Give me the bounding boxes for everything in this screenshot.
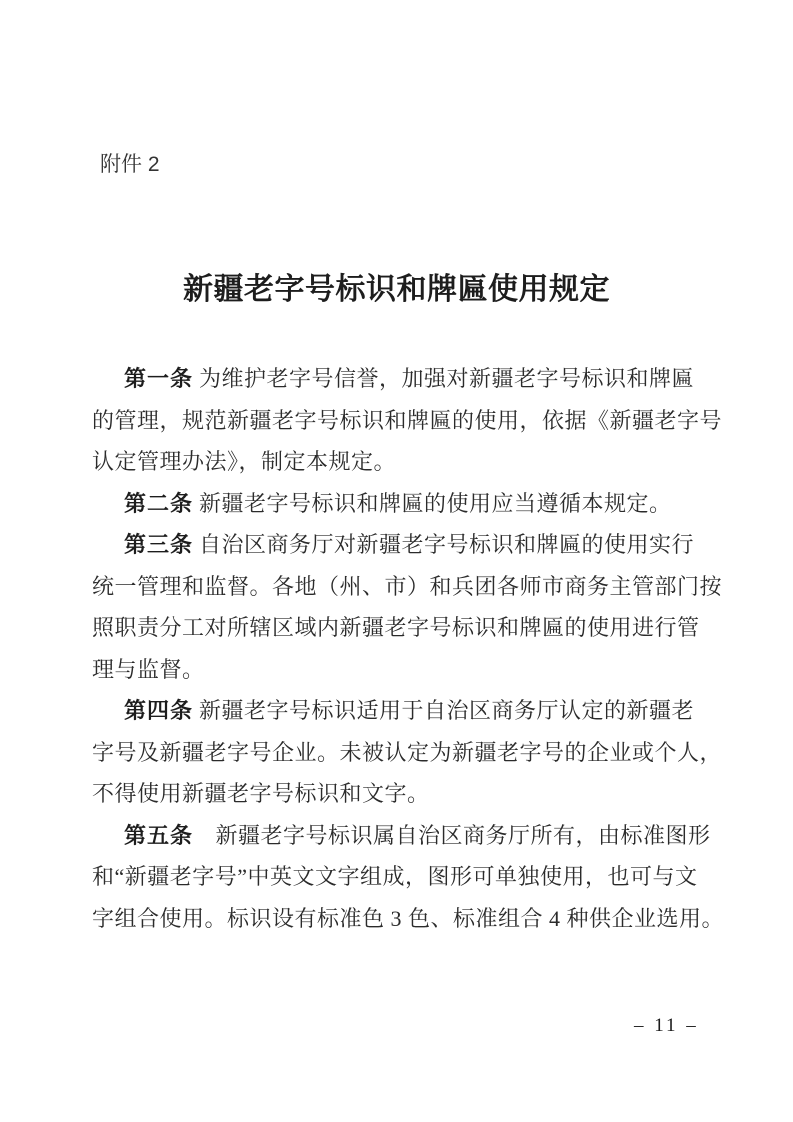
article-number: 第三条 bbox=[124, 532, 193, 557]
text-line: 第五条 新疆老字号标识属自治区商务厅所有，由标准图形 bbox=[92, 815, 706, 857]
line-text: 新疆老字号标识适用于自治区商务厅认定的新疆老 bbox=[193, 698, 694, 723]
text-line: 第二条 新疆老字号标识和牌匾的使用应当遵循本规定。 bbox=[92, 483, 706, 525]
page-number: – 11 – bbox=[634, 1014, 699, 1038]
text-line: 第一条 为维护老字号信誉，加强对新疆老字号标识和牌匾 bbox=[92, 358, 706, 400]
text-line: 第三条 自治区商务厅对新疆老字号标识和牌匾的使用实行 bbox=[92, 524, 706, 566]
text-line: 统一管理和监督。各地（州、市）和兵团各师市商务主管部门按 bbox=[92, 566, 706, 608]
line-text: 的管理，规范新疆老字号标识和牌匾的使用，依据《新疆老字号 bbox=[92, 408, 722, 433]
line-text: 统一管理和监督。各地（州、市）和兵团各师市商务主管部门按 bbox=[92, 574, 722, 599]
line-text: 新疆老字号标识属自治区商务厅所有，由标准图形 bbox=[193, 823, 711, 848]
article-number: 第一条 bbox=[124, 366, 193, 391]
line-text: 字组合使用。标识设有标准色 3 色、标准组合 4 种供企业选用。 bbox=[92, 906, 724, 931]
page-title: 新疆老字号标识和牌匾使用规定 bbox=[0, 268, 793, 312]
attachment-label: 附件 2 bbox=[100, 152, 160, 178]
line-text: 照职责分工对所辖区域内新疆老字号标识和牌匾的使用进行管 bbox=[92, 615, 700, 640]
line-text: 不得使用新疆老字号标识和文字。 bbox=[92, 781, 430, 806]
line-text: 为维护老字号信誉，加强对新疆老字号标识和牌匾 bbox=[193, 366, 694, 391]
document-body: 第一条 为维护老字号信誉，加强对新疆老字号标识和牌匾 的管理，规范新疆老字号标识… bbox=[92, 358, 706, 939]
text-line: 第四条 新疆老字号标识适用于自治区商务厅认定的新疆老 bbox=[92, 690, 706, 732]
text-line: 认定管理办法》，制定本规定。 bbox=[92, 441, 706, 483]
text-line: 的管理，规范新疆老字号标识和牌匾的使用，依据《新疆老字号 bbox=[92, 400, 706, 442]
document-page: 附件 2 新疆老字号标识和牌匾使用规定 第一条 为维护老字号信誉，加强对新疆老字… bbox=[0, 0, 793, 1122]
text-line: 理与监督。 bbox=[92, 649, 706, 691]
line-text: 新疆老字号标识和牌匾的使用应当遵循本规定。 bbox=[193, 491, 672, 516]
line-text: 自治区商务厅对新疆老字号标识和牌匾的使用实行 bbox=[193, 532, 694, 557]
line-text: 字号及新疆老字号企业。未被认定为新疆老字号的企业或个人， bbox=[92, 740, 722, 765]
text-line: 字号及新疆老字号企业。未被认定为新疆老字号的企业或个人， bbox=[92, 732, 706, 774]
article-number: 第二条 bbox=[124, 491, 193, 516]
line-text: 理与监督。 bbox=[92, 657, 205, 682]
article-number: 第五条 bbox=[124, 823, 193, 848]
article-number: 第四条 bbox=[124, 698, 193, 723]
text-line: 照职责分工对所辖区域内新疆老字号标识和牌匾的使用进行管 bbox=[92, 607, 706, 649]
line-text: 和“新疆老字号”中英文文字组成，图形可单独使用，也可与文 bbox=[92, 864, 698, 889]
text-line: 和“新疆老字号”中英文文字组成，图形可单独使用，也可与文 bbox=[92, 856, 706, 898]
text-line: 不得使用新疆老字号标识和文字。 bbox=[92, 773, 706, 815]
line-text: 认定管理办法》，制定本规定。 bbox=[92, 449, 396, 474]
text-line: 字组合使用。标识设有标准色 3 色、标准组合 4 种供企业选用。 bbox=[92, 898, 706, 940]
